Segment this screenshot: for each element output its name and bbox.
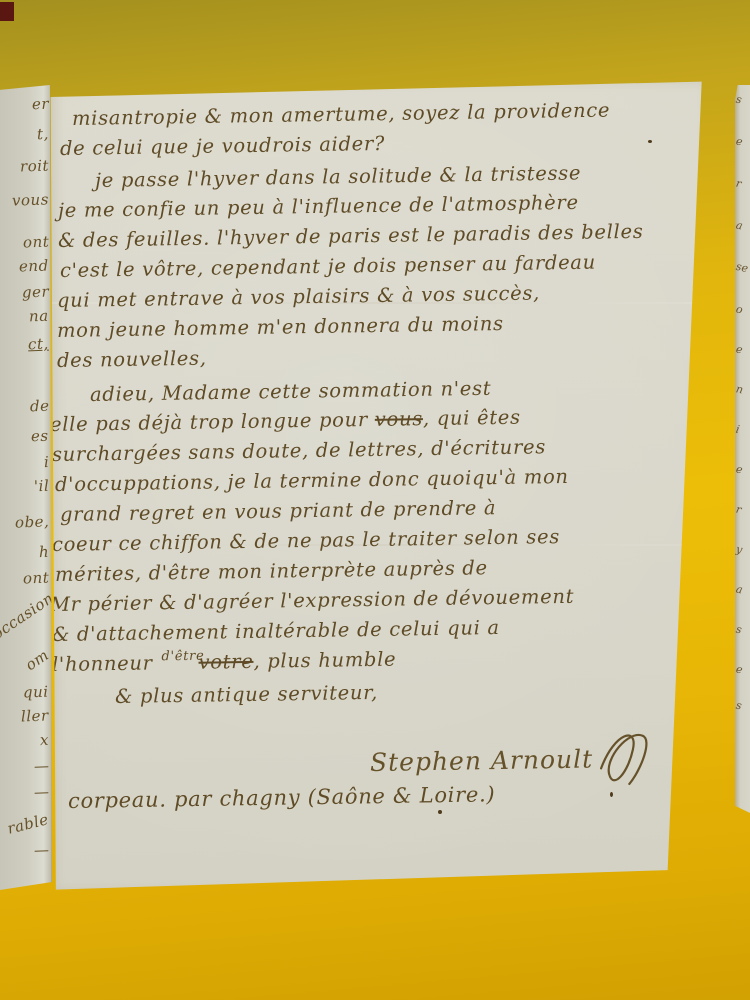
letter-line: mon jeune homme m'en donnera du moins <box>57 311 504 344</box>
right-fragment: e <box>735 342 744 356</box>
letter-photograph: er t, roit vous ont end ger na ct, de es… <box>0 0 750 1000</box>
right-fragment: a <box>735 582 744 596</box>
letter-line: misantropie & mon amertume, soyez la pro… <box>72 98 611 132</box>
superscript-correction: d'être <box>161 649 204 665</box>
ink-speck <box>610 792 613 797</box>
letter-line: qui met entrave à vos plaisirs & à vos s… <box>57 280 540 314</box>
ink-speck <box>648 140 652 143</box>
right-fragment: se <box>735 260 750 275</box>
left-fragment: i <box>43 453 49 471</box>
right-fragment: s <box>735 699 743 713</box>
left-page-sliver: er t, roit vous ont end ger na ct, de es… <box>0 85 52 890</box>
left-fragment: ont <box>22 569 49 588</box>
letter-line: coeur ce chiffon & de ne pas le traiter … <box>52 524 560 558</box>
left-fragment: occasion <box>0 589 57 643</box>
left-fragment: rable <box>6 810 51 838</box>
right-fragment: e <box>735 662 744 676</box>
letter-line: d'occuppations, je la termine donc quoiq… <box>55 464 569 498</box>
letter-line: adieu, Madame cette sommation n'est <box>90 376 492 408</box>
left-fragment: vous <box>12 190 49 209</box>
letter-line: je me confie un peu à l'influence de l'a… <box>58 190 579 224</box>
left-fragment: — <box>33 783 49 802</box>
letter-line: surchargées sans doute, de lettres, d'éc… <box>52 434 546 468</box>
left-fragment: end <box>19 256 49 275</box>
letter-line: & des feuilles. l'hyver de paris est le … <box>58 219 644 254</box>
letter-line: je passe l'hyver dans la solitude & la t… <box>95 160 582 194</box>
line-text: , qui êtes <box>423 406 521 431</box>
letter-line: & d'attachement inaltérable de celui qui… <box>52 615 500 648</box>
left-fragment: ct, <box>28 335 49 354</box>
signature-flourish-icon <box>595 723 658 797</box>
left-fragment: roit <box>20 156 50 175</box>
left-fragment: om <box>22 646 52 674</box>
right-fragment: o <box>735 302 744 316</box>
dark-corner-mark <box>0 2 14 21</box>
right-fragment: r <box>735 177 743 191</box>
ink-speck <box>438 810 442 814</box>
left-fragment: t, <box>37 125 49 143</box>
letter-line: & plus antique serviteur, <box>115 680 378 710</box>
right-fragment: a <box>735 218 744 232</box>
left-fragment: qui <box>23 683 49 702</box>
address-line: corpeau. par chagny (Saône & Loire.) <box>68 781 496 814</box>
letter-line: elle pas déjà trop longue pour vous, qui… <box>50 405 521 438</box>
line-text: , plus humble <box>253 648 396 673</box>
letter-line: l'honneur d'êtrevotre, plus humble <box>52 647 397 681</box>
letter-line: c'est le vôtre, cependant je dois penser… <box>60 250 596 284</box>
line-text: l'honneur <box>52 651 160 676</box>
right-fragment: e <box>735 462 744 476</box>
left-fragment: — <box>33 841 49 860</box>
left-fragment: 'il <box>33 477 49 496</box>
letter-line: mérites, d'être mon interprète auprès de <box>55 555 488 588</box>
left-fragment: — <box>33 757 49 776</box>
struck-word: vous <box>375 407 423 431</box>
signature-name: Stephen Arnoult <box>370 744 594 777</box>
right-fragment: e <box>735 134 744 148</box>
left-fragment: er <box>32 95 50 114</box>
letter-line: grand regret en vous priant de prendre à <box>60 495 497 528</box>
left-fragment: de <box>29 397 49 416</box>
left-fragment: ont <box>22 233 49 252</box>
left-fragment: na <box>29 307 49 326</box>
left-fragment: x <box>40 731 50 749</box>
right-fragment: s <box>735 623 743 637</box>
line-text: elle pas déjà trop longue pour <box>50 408 375 436</box>
left-fragment: h <box>39 543 50 561</box>
right-fragment: i <box>735 423 741 436</box>
left-fragment: ger <box>22 283 50 302</box>
letter-page: misantropie & mon amertume, soyez la pro… <box>48 80 703 892</box>
letter-line: de celui que je voudrois aider? <box>60 131 386 162</box>
right-fragment: s <box>735 93 743 107</box>
right-fragment: r <box>735 503 743 517</box>
struck-word: votre <box>198 650 253 674</box>
letter-line: des nouvelles, <box>57 346 207 374</box>
left-fragment: es <box>31 427 49 446</box>
right-page-sliver: s e r a se o e n i e r y a s e s <box>735 85 750 813</box>
left-fragment: ller <box>21 707 49 726</box>
letter-line: Mr périer & d'agréer l'expression de dév… <box>50 584 575 618</box>
right-fragment: n <box>735 382 745 396</box>
left-fragment: obe, <box>14 512 49 531</box>
right-fragment: y <box>735 542 744 556</box>
